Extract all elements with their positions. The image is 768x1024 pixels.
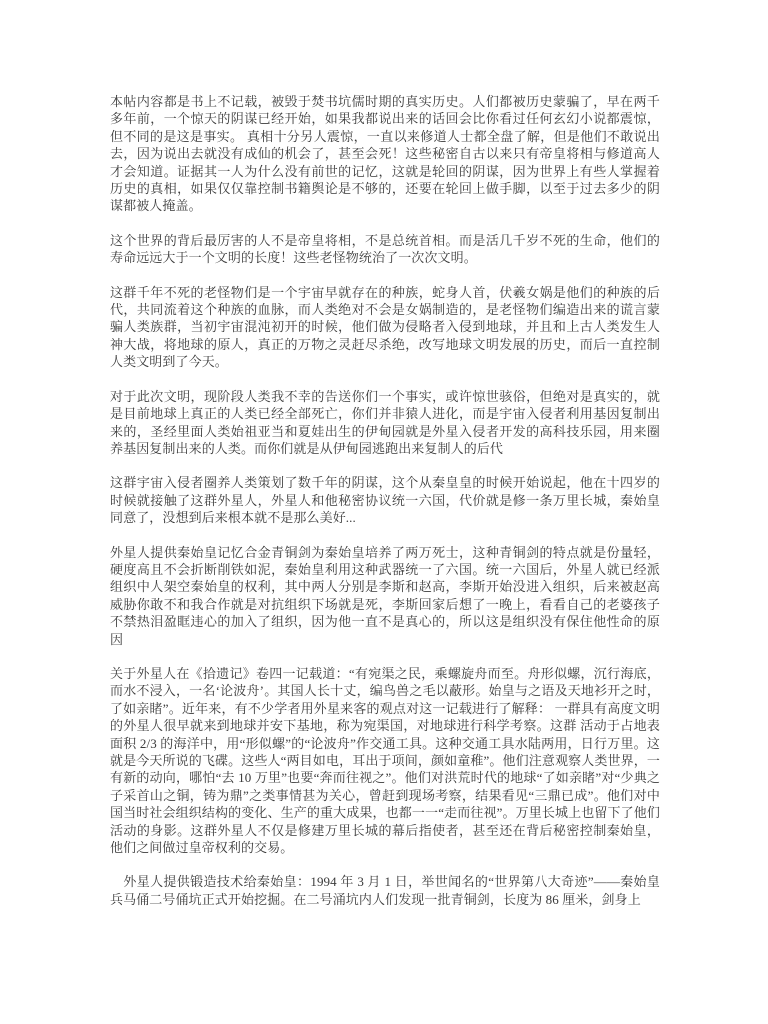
paragraph-4: 对于此次文明，现阶段人类我不幸的告送你们一个事实，或许惊世骇俗，但绝对是真实的，… [110, 388, 660, 458]
document-text-block: 本帖内容都是书上不记载，被毁于焚书坑儒时期的真实历史。人们都被历史蒙骗了，早在两… [110, 93, 660, 925]
paragraph-2: 这个世界的背后最厉害的人不是帝皇将相，不是总统首相。而是活几千岁不死的生命，他们… [110, 232, 660, 267]
paragraph-8: 外星人提供锻造技术给秦始皇：1994 年 3 月 1 日，举世闻名的“世界第八大… [110, 873, 660, 908]
paragraph-1: 本帖内容都是书上不记载，被毁于焚书坑儒时期的真实历史。人们都被历史蒙骗了，早在两… [110, 93, 660, 215]
paragraph-6: 外星人提供秦始皇记忆合金青铜剑为秦始皇培养了两万死士，这种青铜剑的特点就是份量轻… [110, 544, 660, 648]
paragraph-3: 这群千年不死的老怪物们是一个宇宙早就存在的种族，蛇身人首，伏羲女娲是他们的种族的… [110, 284, 660, 371]
paragraph-5: 这群宇宙入侵者圈养人类策划了数千年的阴谋，这个从秦皇皇的时候开始说起，他在十四岁… [110, 474, 660, 526]
document-page: 本帖内容都是书上不记载，被毁于焚书坑儒时期的真实历史。人们都被历史蒙骗了，早在两… [0, 0, 768, 1024]
paragraph-7: 关于外星人在《拾遗记》卷四一记载道：“有宛渠之民，乘螺旋舟而至。舟形似螺，沉行海… [110, 665, 660, 856]
